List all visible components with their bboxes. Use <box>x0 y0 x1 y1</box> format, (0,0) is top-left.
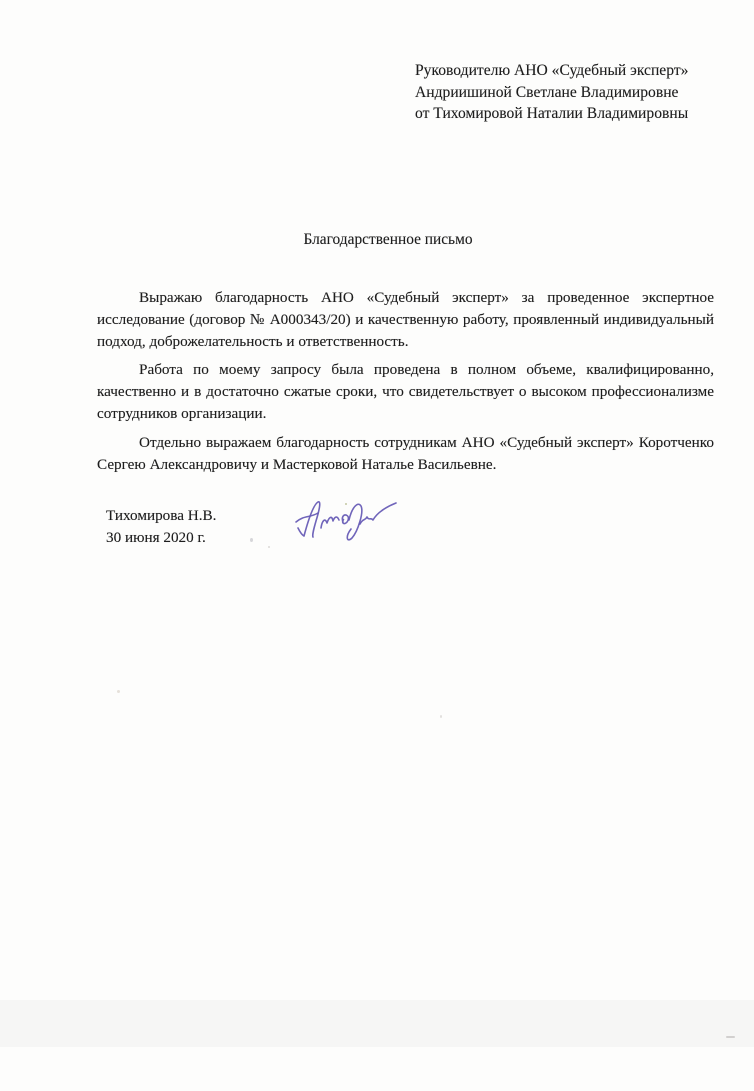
signature-date: 30 июня 2020 г. <box>106 527 216 549</box>
paragraph-1: Выражаю благодарность АНО «Судебный эксп… <box>97 287 714 352</box>
paragraph-3: Отдельно выражаем благодарность сотрудни… <box>97 432 714 476</box>
recipient-block: Руководителю АНО «Судебный эксперт» Андр… <box>415 60 725 125</box>
signature-block: Тихомирова Н.В. 30 июня 2020 г. <box>106 505 216 548</box>
signer-name: Тихомирова Н.В. <box>106 505 216 527</box>
recipient-line-2: Андриишиной Светлане Владимировне <box>415 82 725 104</box>
letter-title: Благодарственное письмо <box>0 231 754 249</box>
scan-artifact-band <box>0 1000 754 1047</box>
paragraph-2: Работа по моему запросу была проведена в… <box>97 359 714 424</box>
letter-page: Руководителю АНО «Судебный эксперт» Андр… <box>0 0 754 1091</box>
scan-speck <box>268 546 270 548</box>
scan-speck <box>117 690 120 693</box>
scan-artifact-dash <box>726 1036 735 1038</box>
letter-body: Выражаю благодарность АНО «Судебный эксп… <box>97 287 714 482</box>
ink-speck <box>345 503 347 505</box>
handwritten-signature <box>293 497 399 547</box>
recipient-line-3: от Тихомировой Наталии Владимировны <box>415 103 725 125</box>
signature-strokes <box>296 502 396 540</box>
scan-speck <box>440 715 442 718</box>
scan-speck <box>250 538 253 542</box>
recipient-line-1: Руководителю АНО «Судебный эксперт» <box>415 60 725 82</box>
